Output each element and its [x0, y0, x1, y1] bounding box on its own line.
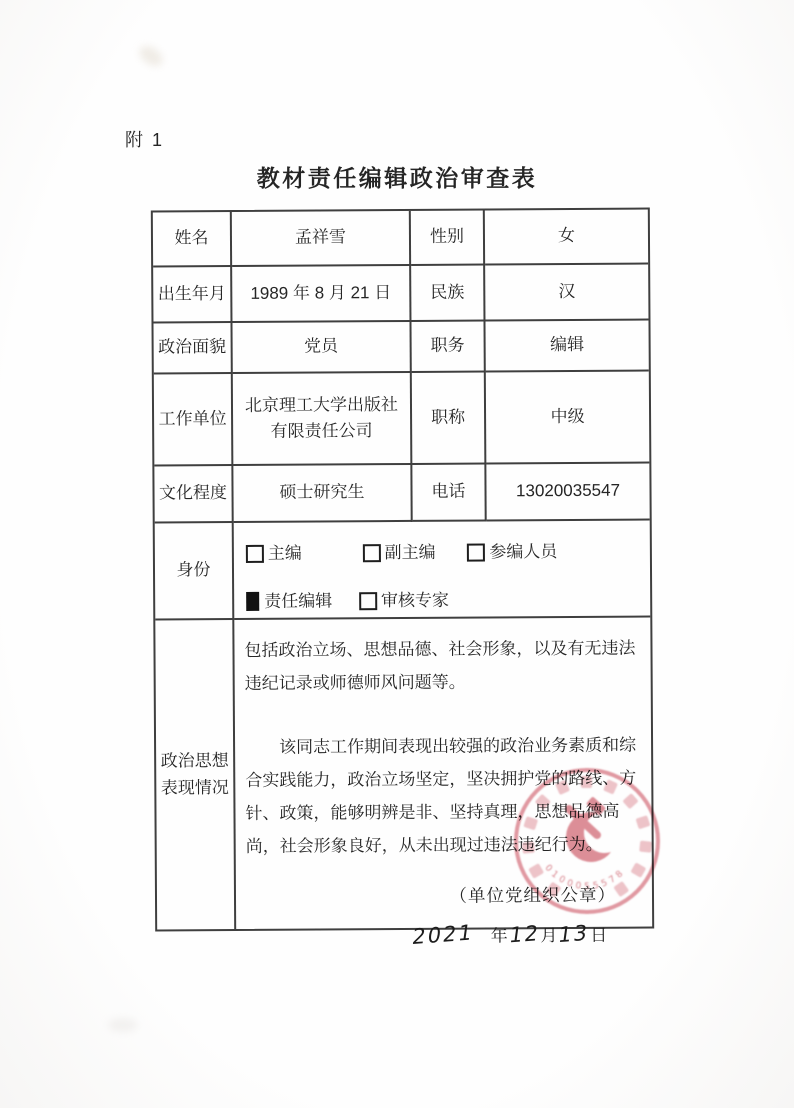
- field-label-gender: 性别: [411, 210, 485, 265]
- political-review-content: 包括政治立场、思想品德、社会形象，以及有无违法违纪记录或师德师风问题等。 该同志…: [234, 617, 652, 929]
- identity-option-label: 主编: [268, 541, 302, 568]
- checkbox-icon: [246, 592, 259, 611]
- seal-caption: （单位党组织公章）: [236, 881, 652, 911]
- date-line: 2021年12月13日: [236, 918, 652, 953]
- field-value-employer: 北京理工大学出版社有限责任公司: [233, 373, 413, 466]
- table-row: 工作单位 北京理工大学出版社有限责任公司 职称 中级: [154, 371, 650, 466]
- table-row: 出生年月 1989 年 8 月 21 日 民族 汉: [153, 264, 648, 323]
- field-label-position: 职务: [411, 321, 485, 372]
- field-value-position: 编辑: [485, 320, 648, 372]
- handwritten-year: 2021: [410, 916, 476, 954]
- identity-option-label: 副主编: [385, 540, 436, 567]
- political-review-evaluation: 该同志工作期间表现出较强的政治业务素质和综合实践能力，政治立场坚定，坚决拥护党的…: [245, 729, 638, 863]
- field-label-employer: 工作单位: [154, 374, 234, 466]
- field-value-political-status: 党员: [232, 322, 411, 374]
- field-label-political-thought: 政治思想表现情况: [155, 620, 236, 929]
- field-value-ethnicity: 汉: [485, 264, 648, 321]
- field-value-education: 硕士研究生: [233, 465, 412, 523]
- identity-options-line1: 主编 副主编 参编人员: [246, 538, 650, 571]
- table-row: 政治面貌 党员 职务 编辑: [153, 320, 648, 374]
- identity-option-label: 参编人员: [489, 539, 557, 566]
- field-value-gender: 女: [485, 209, 648, 265]
- month-unit: 月: [540, 926, 557, 945]
- field-label-ethnicity: 民族: [411, 265, 485, 321]
- field-label-phone: 电话: [412, 464, 486, 521]
- field-label-political-status: 政治面貌: [153, 323, 232, 374]
- field-label-identity: 身份: [155, 523, 235, 620]
- identity-option: 副主编: [363, 540, 436, 567]
- table-row: 姓名 孟祥雪 性别 女: [153, 209, 648, 267]
- page-title: 教材责任编辑政治审查表: [0, 160, 794, 193]
- field-label-title: 职称: [412, 372, 487, 464]
- handwritten-month: 12: [507, 917, 542, 952]
- political-review-row: 政治思想表现情况 包括政治立场、思想品德、社会形象，以及有无违法违纪记录或师德师…: [155, 617, 652, 929]
- field-value-title: 中级: [486, 371, 650, 464]
- field-label-education: 文化程度: [154, 466, 233, 523]
- field-label-name: 姓名: [153, 212, 232, 267]
- identity-option: 主编: [246, 541, 302, 568]
- identity-row: 身份 主编 副主编 参编人员 责任编辑 审核专家: [155, 520, 651, 620]
- identity-option: 责任编辑: [246, 588, 332, 615]
- field-value-phone: 13020035547: [486, 463, 649, 521]
- scan-smudge: [136, 42, 166, 70]
- identity-option-label: 责任编辑: [264, 588, 332, 615]
- handwritten-day: 13: [556, 917, 591, 952]
- political-review-description: 包括政治立场、思想品德、社会形象，以及有无违法违纪记录或师德师风问题等。: [244, 632, 636, 700]
- table-row: 文化程度 硕士研究生 电话 13020035547: [154, 463, 649, 523]
- field-value-name: 孟祥雪: [232, 211, 411, 267]
- year-unit: 年: [491, 926, 508, 945]
- review-form-table: 姓名 孟祥雪 性别 女 出生年月 1989 年 8 月 21 日 民族 汉 政治…: [151, 207, 654, 931]
- checkbox-icon: [467, 544, 485, 562]
- identity-options-line2: 责任编辑 审核专家: [246, 586, 650, 619]
- identity-option-label: 审核专家: [381, 588, 449, 615]
- identity-option: 参编人员: [467, 539, 557, 566]
- identity-options: 主编 副主编 参编人员 责任编辑 审核专家: [234, 520, 651, 620]
- checkbox-icon: [363, 544, 381, 562]
- identity-option: 审核专家: [359, 588, 449, 615]
- checkbox-icon: [359, 592, 377, 610]
- checkbox-icon: [246, 545, 264, 563]
- field-value-birthdate: 1989 年 8 月 21 日: [232, 266, 411, 323]
- scan-smudge: [108, 1018, 138, 1032]
- attachment-label: 附 1: [125, 126, 164, 152]
- field-label-birthdate: 出生年月: [153, 267, 232, 323]
- day-unit: 日: [590, 926, 607, 945]
